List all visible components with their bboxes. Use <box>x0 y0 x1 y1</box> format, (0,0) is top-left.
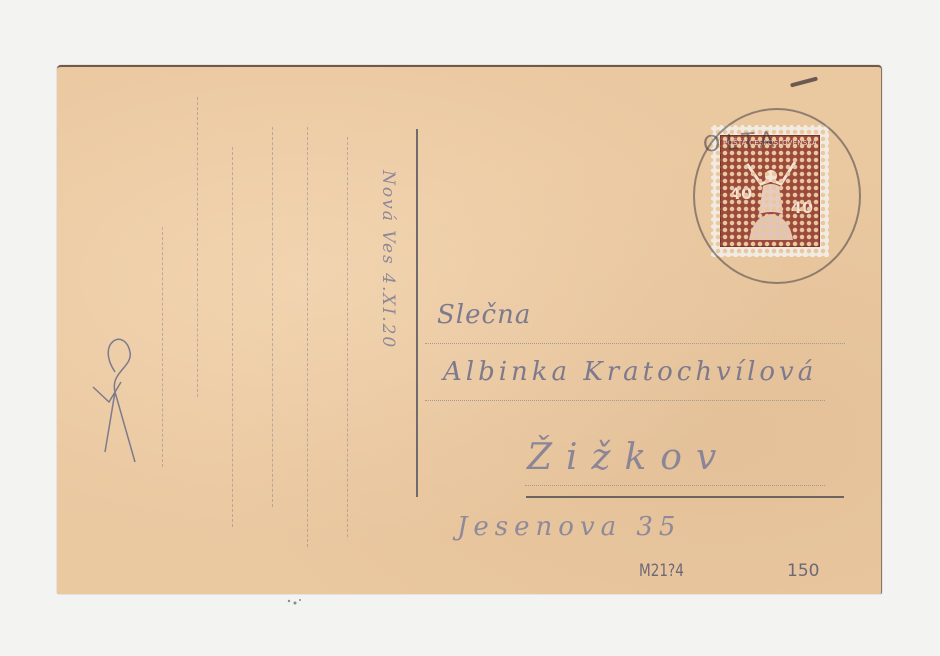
scan-speck <box>285 597 305 607</box>
message-handwriting <box>307 127 310 547</box>
message-handwriting <box>272 127 275 507</box>
address-line-1 <box>425 343 845 344</box>
city-underline <box>526 496 844 498</box>
recipient-name: Albinka Kratochvílová <box>443 357 817 387</box>
sender-place-date: Nová Ves 4.XI.20 <box>378 170 398 349</box>
message-handwriting <box>347 137 350 537</box>
message-handwriting <box>162 227 165 467</box>
signature-flourish <box>85 332 145 482</box>
message-handwriting <box>197 97 200 397</box>
address-divider-line <box>416 129 418 497</box>
pencil-price: 150 <box>787 561 819 581</box>
recipient-city: Žižkov <box>527 437 730 478</box>
pencil-catalog-number: M21?4 <box>639 561 684 581</box>
recipient-title: Slečna <box>437 300 531 330</box>
address-line-2 <box>425 400 825 401</box>
recipient-street: Jesenova 35 <box>457 512 681 542</box>
address-line-3 <box>525 485 825 486</box>
message-handwriting <box>232 147 235 527</box>
